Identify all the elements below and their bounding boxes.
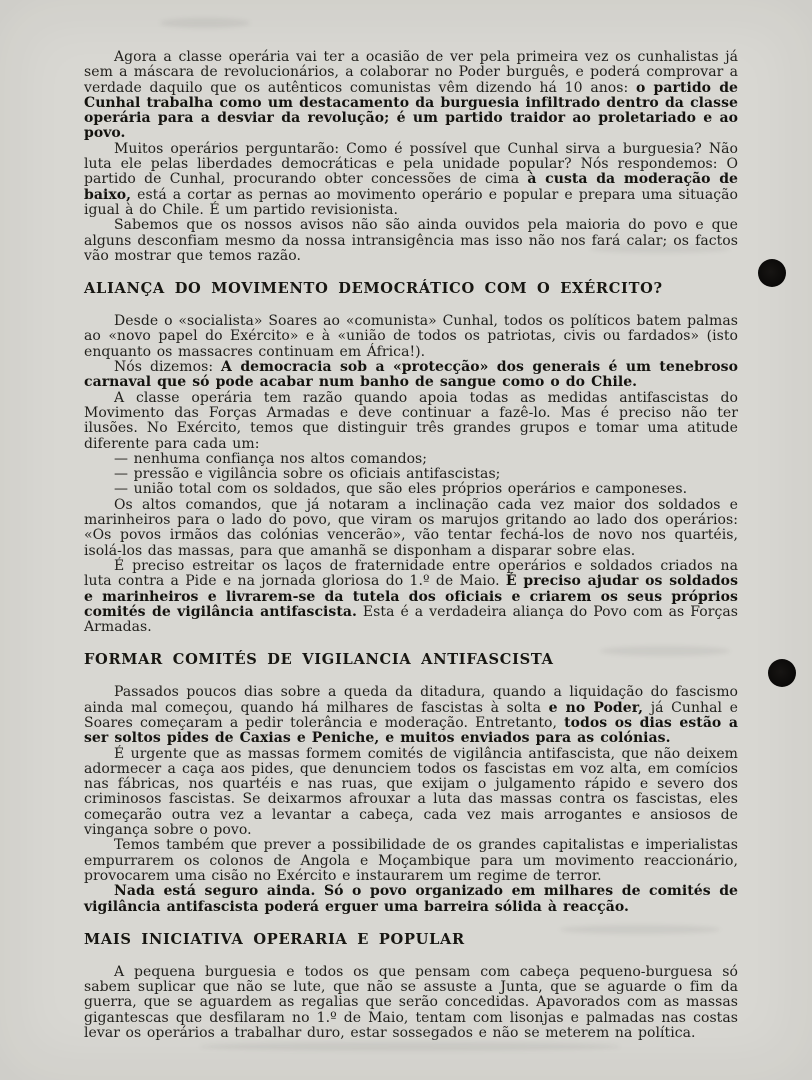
paragraph: Muitos operários perguntarão: Como é pos… — [84, 142, 738, 218]
ink-dot-top — [758, 259, 786, 287]
text-run: está a cortar as pernas ao movimento ope… — [84, 187, 738, 218]
paragraph: É preciso estreitar os laços de fraterni… — [84, 559, 738, 635]
scan-smudge — [200, 1042, 620, 1051]
paragraph: A classe operária tem razão quando apoia… — [84, 391, 738, 452]
text-run: A pequena burguesia e todos os que pensa… — [84, 964, 738, 1041]
list-item: — união total com os soldados, que são e… — [84, 482, 738, 497]
paragraph: Nada está seguro ainda. Só o povo organi… — [84, 884, 738, 915]
text-run: Os altos comandos, que já notaram a incl… — [84, 497, 738, 559]
paragraph: Sabemos que os nossos avisos não são ain… — [84, 218, 738, 264]
text-run: Sabemos que os nossos avisos não são ain… — [84, 217, 738, 264]
list-item: — nenhuma confiança nos altos comandos; — [84, 452, 738, 467]
text-run: Nós dizemos: — [114, 359, 221, 375]
paragraph: Os altos comandos, que já notaram a incl… — [84, 498, 738, 559]
paragraph: Temos também que prever a possibilidade … — [84, 838, 738, 884]
text-run: — união total com os soldados, que são e… — [114, 481, 687, 497]
bold-text-run: e no Poder, — [549, 700, 643, 716]
paragraph: Passados poucos dias sobre a queda da di… — [84, 685, 738, 746]
section-heading: ALIANÇA DO MOVIMENTO DEMOCRÁTICO COM O E… — [84, 281, 738, 297]
text-run: — nenhuma confiança nos altos comandos; — [114, 451, 427, 467]
section-heading: MAIS INICIATIVA OPERARIA E POPULAR — [84, 932, 738, 948]
scan-smudge — [600, 646, 730, 656]
ink-dot-bottom — [768, 659, 796, 687]
text-run: Temos também que prever a possibilidade … — [84, 837, 738, 884]
scan-smudge — [590, 244, 730, 253]
bold-text-run: Nada está seguro ainda. Só o povo organi… — [84, 883, 738, 914]
scan-smudge — [160, 18, 250, 28]
text-run: Desde o «socialista» Soares ao «comunist… — [84, 313, 738, 360]
paragraph: Nós dizemos: A democracia sob a «protecç… — [84, 360, 738, 391]
scanned-document-page: Agora a classe operária vai ter a ocasiã… — [0, 0, 812, 1080]
document-section-0: Agora a classe operária vai ter a ocasiã… — [84, 50, 738, 264]
document-section-2: FORMAR COMITÉS DE VIGILANCIA ANTIFASCIST… — [84, 652, 738, 914]
paragraph: É urgente que as massas formem comités d… — [84, 747, 738, 839]
text-run: — pressão e vigilância sobre os oficiais… — [114, 466, 500, 482]
paragraph: Desde o «socialista» Soares ao «comunist… — [84, 314, 738, 360]
text-run: É urgente que as massas formem comités d… — [84, 746, 738, 838]
list-item: — pressão e vigilância sobre os oficiais… — [84, 467, 738, 482]
scan-smudge — [560, 925, 720, 934]
document-section-3: MAIS INICIATIVA OPERARIA E POPULARA pequ… — [84, 932, 738, 1041]
document-section-1: ALIANÇA DO MOVIMENTO DEMOCRÁTICO COM O E… — [84, 281, 738, 635]
text-column: Agora a classe operária vai ter a ocasiã… — [84, 50, 738, 1041]
paragraph: Agora a classe operária vai ter a ocasiã… — [84, 50, 738, 142]
paragraph: A pequena burguesia e todos os que pensa… — [84, 965, 738, 1041]
text-run: A classe operária tem razão quando apoia… — [84, 390, 738, 452]
